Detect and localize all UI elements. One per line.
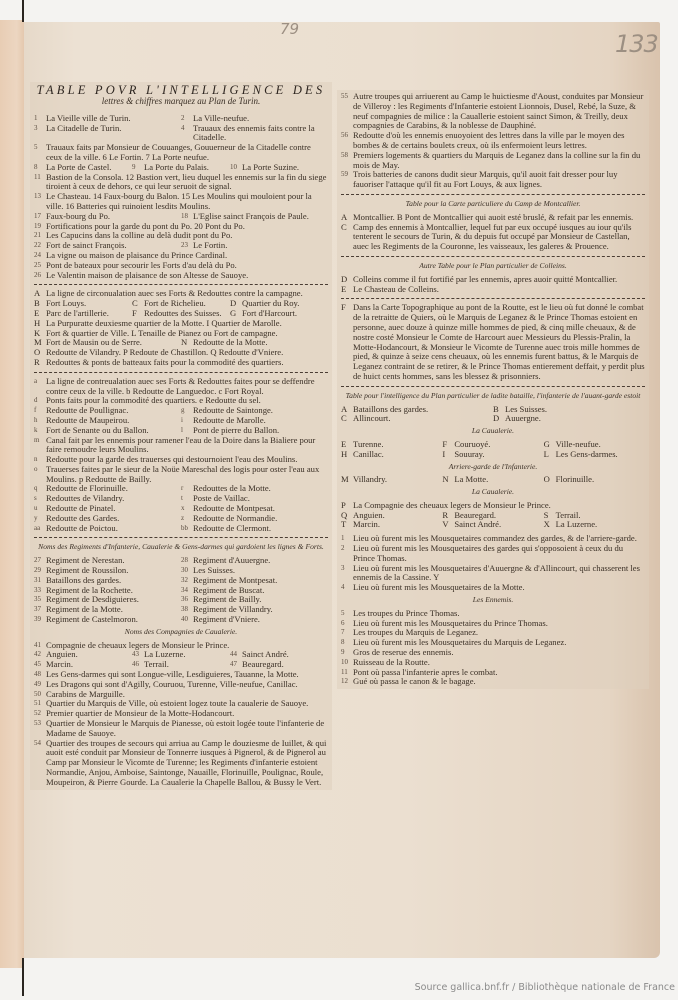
entry-key: 40: [181, 615, 193, 625]
entry-text: Regiment d'Vniere.: [193, 615, 260, 625]
pencil-folio: 79: [280, 20, 299, 38]
rearguard-heading: Arriere-garde de l'Infanterie.: [341, 462, 645, 472]
legend-entry: oTrauerses faites par le sieur de la Noü…: [34, 465, 328, 485]
entry-text: Premiers logements & quartiers du Marqui…: [353, 151, 645, 171]
entry-key: a: [34, 377, 46, 397]
entry-text: Trois batteries de canons dudit sieur Ma…: [353, 170, 645, 190]
entry-key: 37: [34, 605, 46, 615]
entry-key: N: [442, 475, 454, 485]
entry-key: r: [181, 484, 193, 494]
entry-key: 2: [181, 114, 193, 124]
entry-key: 56: [341, 131, 353, 151]
entry-key: V: [442, 520, 454, 530]
lowercase-letter-legend: aLa ligne de contreualation auec ses For…: [34, 377, 328, 534]
legend-entry: 53Quartier de Monsieur le Marquis de Pia…: [34, 719, 328, 739]
entry-text: Marcin.: [353, 520, 380, 530]
entry-text: Le Chasteau de Colleins.: [353, 285, 645, 295]
entry-key: t: [181, 494, 193, 504]
entry-text: La ligne de contreualation auec ses Fort…: [46, 377, 328, 397]
legend-entry: 4Lieu où furent mis les Mousquetaires de…: [341, 583, 645, 593]
rearguard-legend: MVillandry.NLa Motte.OFlorinuille.: [341, 475, 645, 485]
entry-key: 1: [34, 114, 46, 124]
entry-key: I: [442, 450, 454, 460]
entry-key: f: [34, 406, 46, 416]
entry-key: E: [341, 285, 353, 295]
entry-text: Redoutte de Clermont.: [193, 524, 271, 534]
entry-key: 11: [34, 173, 46, 193]
legend-entry: CAllincourt.: [341, 414, 493, 424]
legend-entry: 3Lieu où furent mis les Mousquetaires d'…: [341, 564, 645, 584]
entry-key: 26: [34, 271, 46, 281]
entry-key: 4: [181, 124, 193, 144]
entry-text: Quartier des troupes de secours qui arri…: [46, 739, 328, 788]
legend-entry: ELe Chasteau de Colleins.: [341, 285, 645, 295]
dashed-divider: [341, 194, 645, 195]
entry-key: o: [34, 465, 46, 485]
entry-key: aa: [34, 524, 46, 534]
legend-row: 3La Citadelle de Turin.4Trauaux des enne…: [34, 124, 328, 144]
legend-entry: 5Trauaux faits par Monsieur de Couuanges…: [34, 143, 328, 163]
folio-number: 133: [615, 30, 658, 58]
entry-key: 39: [34, 615, 46, 625]
legend-entry: 54Quartier des troupes de secours qui ar…: [34, 739, 328, 788]
entry-key: 8: [341, 638, 353, 648]
dashed-divider: [34, 284, 328, 285]
legend-entry: 11Bastion de la Consola. 12 Bastion vert…: [34, 173, 328, 193]
entry-text: Canal fait par les ennemis pour ramener …: [46, 436, 328, 456]
entry-key: 25: [34, 261, 46, 271]
entry-text: Gué où passa le canon & le bagage.: [353, 677, 645, 687]
cavalry-heading: Noms des Compagnies de Caualerie.: [34, 627, 328, 637]
entry-key: 53: [34, 719, 46, 739]
entry-text: Redouttes & ponts de batteaux faits pour…: [46, 358, 328, 368]
entry-key: 6: [341, 619, 353, 629]
entry-key: 7: [341, 628, 353, 638]
entry-text: La Citadelle de Turin.: [46, 124, 121, 144]
entry-text: La Luzerne.: [556, 520, 598, 530]
entry-text: La Compagnie des cheuaux legers de Monsi…: [353, 501, 645, 511]
entry-key: 59: [341, 170, 353, 190]
entry-key: 44: [230, 650, 242, 660]
legend-row: CAllincourt.DAuuergne.: [341, 414, 645, 424]
dashed-divider: [34, 537, 328, 538]
table-subtitle: lettres & chiffres marquez au Plan de Tu…: [34, 97, 328, 107]
legend-entry: 26Le Valentin maison de plaisance de son…: [34, 271, 328, 281]
entry-key: M: [341, 475, 353, 485]
entry-text: Trauerses faites par le sieur de la Noüe…: [46, 465, 328, 485]
second-cavalry-legend: QAnguien.RBeauregard.STerrail.TMarcin.VS…: [341, 511, 645, 531]
right-column: 55Autre troupes qui arriuerent au Camp l…: [337, 90, 649, 689]
dashed-divider: [341, 256, 645, 257]
entry-key: C: [341, 414, 353, 424]
entry-key: z: [181, 514, 193, 524]
legend-entry: VSainct André.: [442, 520, 543, 530]
legend-entry: ISouuray.: [442, 450, 543, 460]
legend-row: MVillandry.NLa Motte.OFlorinuille.: [341, 475, 645, 485]
legend-entry: bbRedoutte de Clermont.: [181, 524, 328, 534]
legend-entry: 3La Citadelle de Turin.: [34, 124, 181, 144]
entry-key: 12: [341, 677, 353, 687]
entry-key: 28: [181, 556, 193, 566]
entry-key: q: [34, 484, 46, 494]
entry-key: 11: [341, 668, 353, 678]
enemies-legend: 5Les troupes du Prince Thomas.6Lieu où f…: [341, 609, 645, 687]
entry-text: Regiment de Castelmoron.: [46, 615, 138, 625]
entry-key: 42: [34, 650, 46, 660]
entry-text: Allincourt.: [353, 414, 390, 424]
entry-key: O: [544, 475, 556, 485]
entry-key: 29: [34, 566, 46, 576]
entry-text: La Motte.: [454, 475, 488, 485]
regiments-legend: 27Regiment de Nerestan.28Regiment d'Auue…: [34, 556, 328, 625]
entry-key: D: [493, 414, 505, 424]
entry-key: 50: [34, 690, 46, 700]
entry-text: Lieu où furent mis les Mousquetaires de …: [353, 583, 645, 593]
entry-key: 10: [341, 658, 353, 668]
entry-key: m: [34, 436, 46, 456]
entry-key: 3: [34, 124, 46, 144]
facing-page-edge: [0, 20, 24, 968]
legend-row: HCanillac.ISouuray.LLes Gens-darmes.: [341, 450, 645, 460]
entry-key: h: [34, 416, 46, 426]
entry-text: Redoutte d'où les ennemis enuoyoient des…: [353, 131, 645, 151]
entry-key: i: [181, 416, 193, 426]
entry-text: Canillac.: [353, 450, 384, 460]
entry-key: 45: [34, 660, 46, 670]
source-credit: Source gallica.bnf.fr / Bibliothèque nat…: [415, 982, 675, 993]
enemies-heading: Les Ennemis.: [341, 595, 645, 605]
entry-text: Redoutte de Poictou.: [46, 524, 118, 534]
entry-key: u: [34, 504, 46, 514]
entry-key: 43: [132, 650, 144, 660]
entry-text: Dans la Carte Topographique au pont de l…: [353, 303, 645, 381]
entry-key: 32: [181, 576, 193, 586]
legend-entry: NLa Motte.: [442, 475, 543, 485]
entry-text: Lieu où furent mis les Mousquetaires d'A…: [353, 564, 645, 584]
entry-key: 5: [34, 143, 46, 163]
entry-text: Lieu où furent mis les Mousquetaires des…: [353, 544, 645, 564]
legend-entry: DAuuergne.: [493, 414, 645, 424]
entry-key: 38: [181, 605, 193, 615]
cavalry-heading: La Caualerie.: [341, 487, 645, 497]
entry-key: 8: [34, 163, 46, 173]
entry-key: bb: [181, 524, 193, 534]
entry-key: s: [34, 494, 46, 504]
entry-key: 30: [181, 566, 193, 576]
battle-cavalry-legend: ETurenne.FCouruoyé.GVille-neufue.HCanill…: [341, 440, 645, 460]
battle-infantry-legend: ABataillons des gardes.BLes Suisses.CAll…: [341, 405, 645, 425]
entry-key: d: [34, 396, 46, 406]
legend-entry: RRedouttes & ponts de batteaux faits pou…: [34, 358, 328, 368]
troops-legend: 55Autre troupes qui arriuerent au Camp l…: [341, 92, 645, 190]
entry-key: T: [341, 520, 353, 530]
entry-key: L: [544, 450, 556, 460]
entry-key: x: [181, 504, 193, 514]
entry-text: Souuray.: [454, 450, 484, 460]
legend-entry: OFlorinuille.: [544, 475, 645, 485]
cavalry-heading: La Caualerie.: [341, 426, 645, 436]
entry-key: 48: [34, 670, 46, 680]
entry-key: R: [34, 358, 46, 368]
numbered-legend: 1La Vieille ville de Turin.2La Ville-neu…: [34, 114, 328, 281]
entry-key: 13: [34, 192, 46, 212]
entry-key: 21: [34, 231, 46, 241]
entry-text: Trauaux faits par Monsieur de Couuanges,…: [46, 143, 328, 163]
legend-row: TMarcin.VSainct André.XLa Luzerne.: [341, 520, 645, 530]
legend-entry: MVillandry.: [341, 475, 442, 485]
entry-key: 22: [34, 241, 46, 251]
dashed-divider: [341, 386, 645, 387]
entry-key: X: [544, 520, 556, 530]
legend-entry: CCamp des ennemis à Montcallier, lequel …: [341, 223, 645, 252]
entry-text: Auuergne.: [505, 414, 541, 424]
legend-block-turin: TABLE POVR L'INTELLIGENCE DES lettres & …: [30, 82, 332, 790]
entry-key: 35: [34, 595, 46, 605]
entry-text: Autre troupes qui arriuerent au Camp le …: [353, 92, 645, 131]
legend-entry: 56Redoutte d'où les ennemis enuoyoient d…: [341, 131, 645, 151]
binding-line: [22, 958, 24, 996]
legend-row: 42Anguien.43La Luzerne.44Sainct André.: [34, 650, 328, 660]
entry-key: 58: [341, 151, 353, 171]
entry-text: Bastion de la Consola. 12 Bastion vert, …: [46, 173, 328, 193]
colleins-heading: Autre Table pour le Plan particulier de …: [341, 261, 645, 271]
legend-entry: aLa ligne de contreualation auec ses For…: [34, 377, 328, 397]
legend-entry: 12Gué où passa le canon & le bagage.: [341, 677, 645, 687]
legend-entry: HCanillac.: [341, 450, 442, 460]
entry-key: g: [181, 406, 193, 416]
legend-entry: 39Regiment de Castelmoron.: [34, 615, 181, 625]
legend-entry: XLa Luzerne.: [544, 520, 645, 530]
entry-text: Trauaux des ennemis faits contre la Cita…: [193, 124, 328, 144]
binding-line: [22, 0, 24, 22]
legend-entry: 4Trauaux des ennemis faits contre la Cit…: [181, 124, 328, 144]
entry-text: Quartier de Monsieur le Marquis de Piane…: [46, 719, 328, 739]
entry-key: k: [34, 426, 46, 436]
legend-block-continued: 55Autre troupes qui arriuerent au Camp l…: [337, 90, 649, 689]
entry-key: 19: [34, 222, 46, 232]
entry-key: 5: [341, 609, 353, 619]
entry-text: Villandry.: [353, 475, 387, 485]
legend-entry: aaRedoutte de Poictou.: [34, 524, 181, 534]
entry-key: 34: [181, 586, 193, 596]
montcallier-heading: Table pour la Carte particuliere du Camp…: [341, 199, 645, 209]
entry-key: 9: [341, 648, 353, 658]
regiments-heading: Noms des Regiments d'Infanterie, Caualer…: [34, 542, 328, 552]
entry-text: Les Gens-darmes.: [556, 450, 618, 460]
entry-key: H: [341, 450, 353, 460]
entry-text: Camp des ennemis à Montcallier, lequel f…: [353, 223, 645, 252]
entry-key: 52: [34, 709, 46, 719]
entry-text: Sainct André.: [454, 520, 501, 530]
legend-entry: 58Premiers logements & quartiers du Marq…: [341, 151, 645, 171]
entry-key: 51: [34, 699, 46, 709]
entry-key: F: [341, 303, 353, 381]
entry-key: 17: [34, 212, 46, 222]
legend-entry: LLes Gens-darmes.: [544, 450, 645, 460]
dashed-divider: [34, 372, 328, 373]
route-battle-entry: F Dans la Carte Topographique au pont de…: [341, 303, 645, 381]
entry-key: n: [34, 455, 46, 465]
entry-text: Le Chasteau. 14 Faux-bourg du Balon. 15 …: [46, 192, 328, 212]
montcallier-legend: AMontcallier. B Pont de Montcallier qui …: [341, 213, 645, 252]
entry-key: 31: [34, 576, 46, 586]
dashed-divider: [341, 298, 645, 299]
entry-key: 2: [341, 544, 353, 564]
musketeers-legend: 1Lieu où furent mis les Mousquetaires co…: [341, 534, 645, 593]
entry-key: 49: [34, 680, 46, 690]
legend-entry: TMarcin.: [341, 520, 442, 530]
legend-entry: mCanal fait par les ennemis pour ramener…: [34, 436, 328, 456]
legend-entry: 40Regiment d'Vniere.: [181, 615, 328, 625]
entry-key: 27: [34, 556, 46, 566]
legend-entry: 55Autre troupes qui arriuerent au Camp l…: [341, 92, 645, 131]
colleins-legend: DColleins comme il fut fortifié par les …: [341, 275, 645, 295]
entry-key: 41: [34, 641, 46, 651]
left-column: TABLE POVR L'INTELLIGENCE DES lettres & …: [30, 82, 332, 790]
cavalry-legend: 41Compagnie de cheuaux legers de Monsieu…: [34, 641, 328, 788]
entry-text: Le Valentin maison de plaisance de son A…: [46, 271, 328, 281]
legend-entry: 13Le Chasteau. 14 Faux-bourg du Balon. 1…: [34, 192, 328, 212]
legend-row: aaRedoutte de Poictou.bbRedoutte de Cler…: [34, 524, 328, 534]
entry-key: 33: [34, 586, 46, 596]
entry-key: 1: [341, 534, 353, 544]
battle-heading: Table pour l'intelligence du Plan partic…: [341, 391, 645, 401]
capital-letter-legend: ALa ligne de circonualation auec ses For…: [34, 289, 328, 367]
entry-key: C: [341, 223, 353, 252]
entry-key: 24: [34, 251, 46, 261]
legend-row: 39Regiment de Castelmoron.40Regiment d'V…: [34, 615, 328, 625]
entry-key: 4: [341, 583, 353, 593]
entry-key: y: [34, 514, 46, 524]
entry-key: 36: [181, 595, 193, 605]
entry-key: 55: [341, 92, 353, 131]
legend-entry: 59Trois batteries de canons dudit sieur …: [341, 170, 645, 190]
entry-key: 54: [34, 739, 46, 788]
legend-entry: 2Lieu où furent mis les Mousquetaires de…: [341, 544, 645, 564]
entry-key: 3: [341, 564, 353, 584]
entry-text: Florinuille.: [556, 475, 594, 485]
